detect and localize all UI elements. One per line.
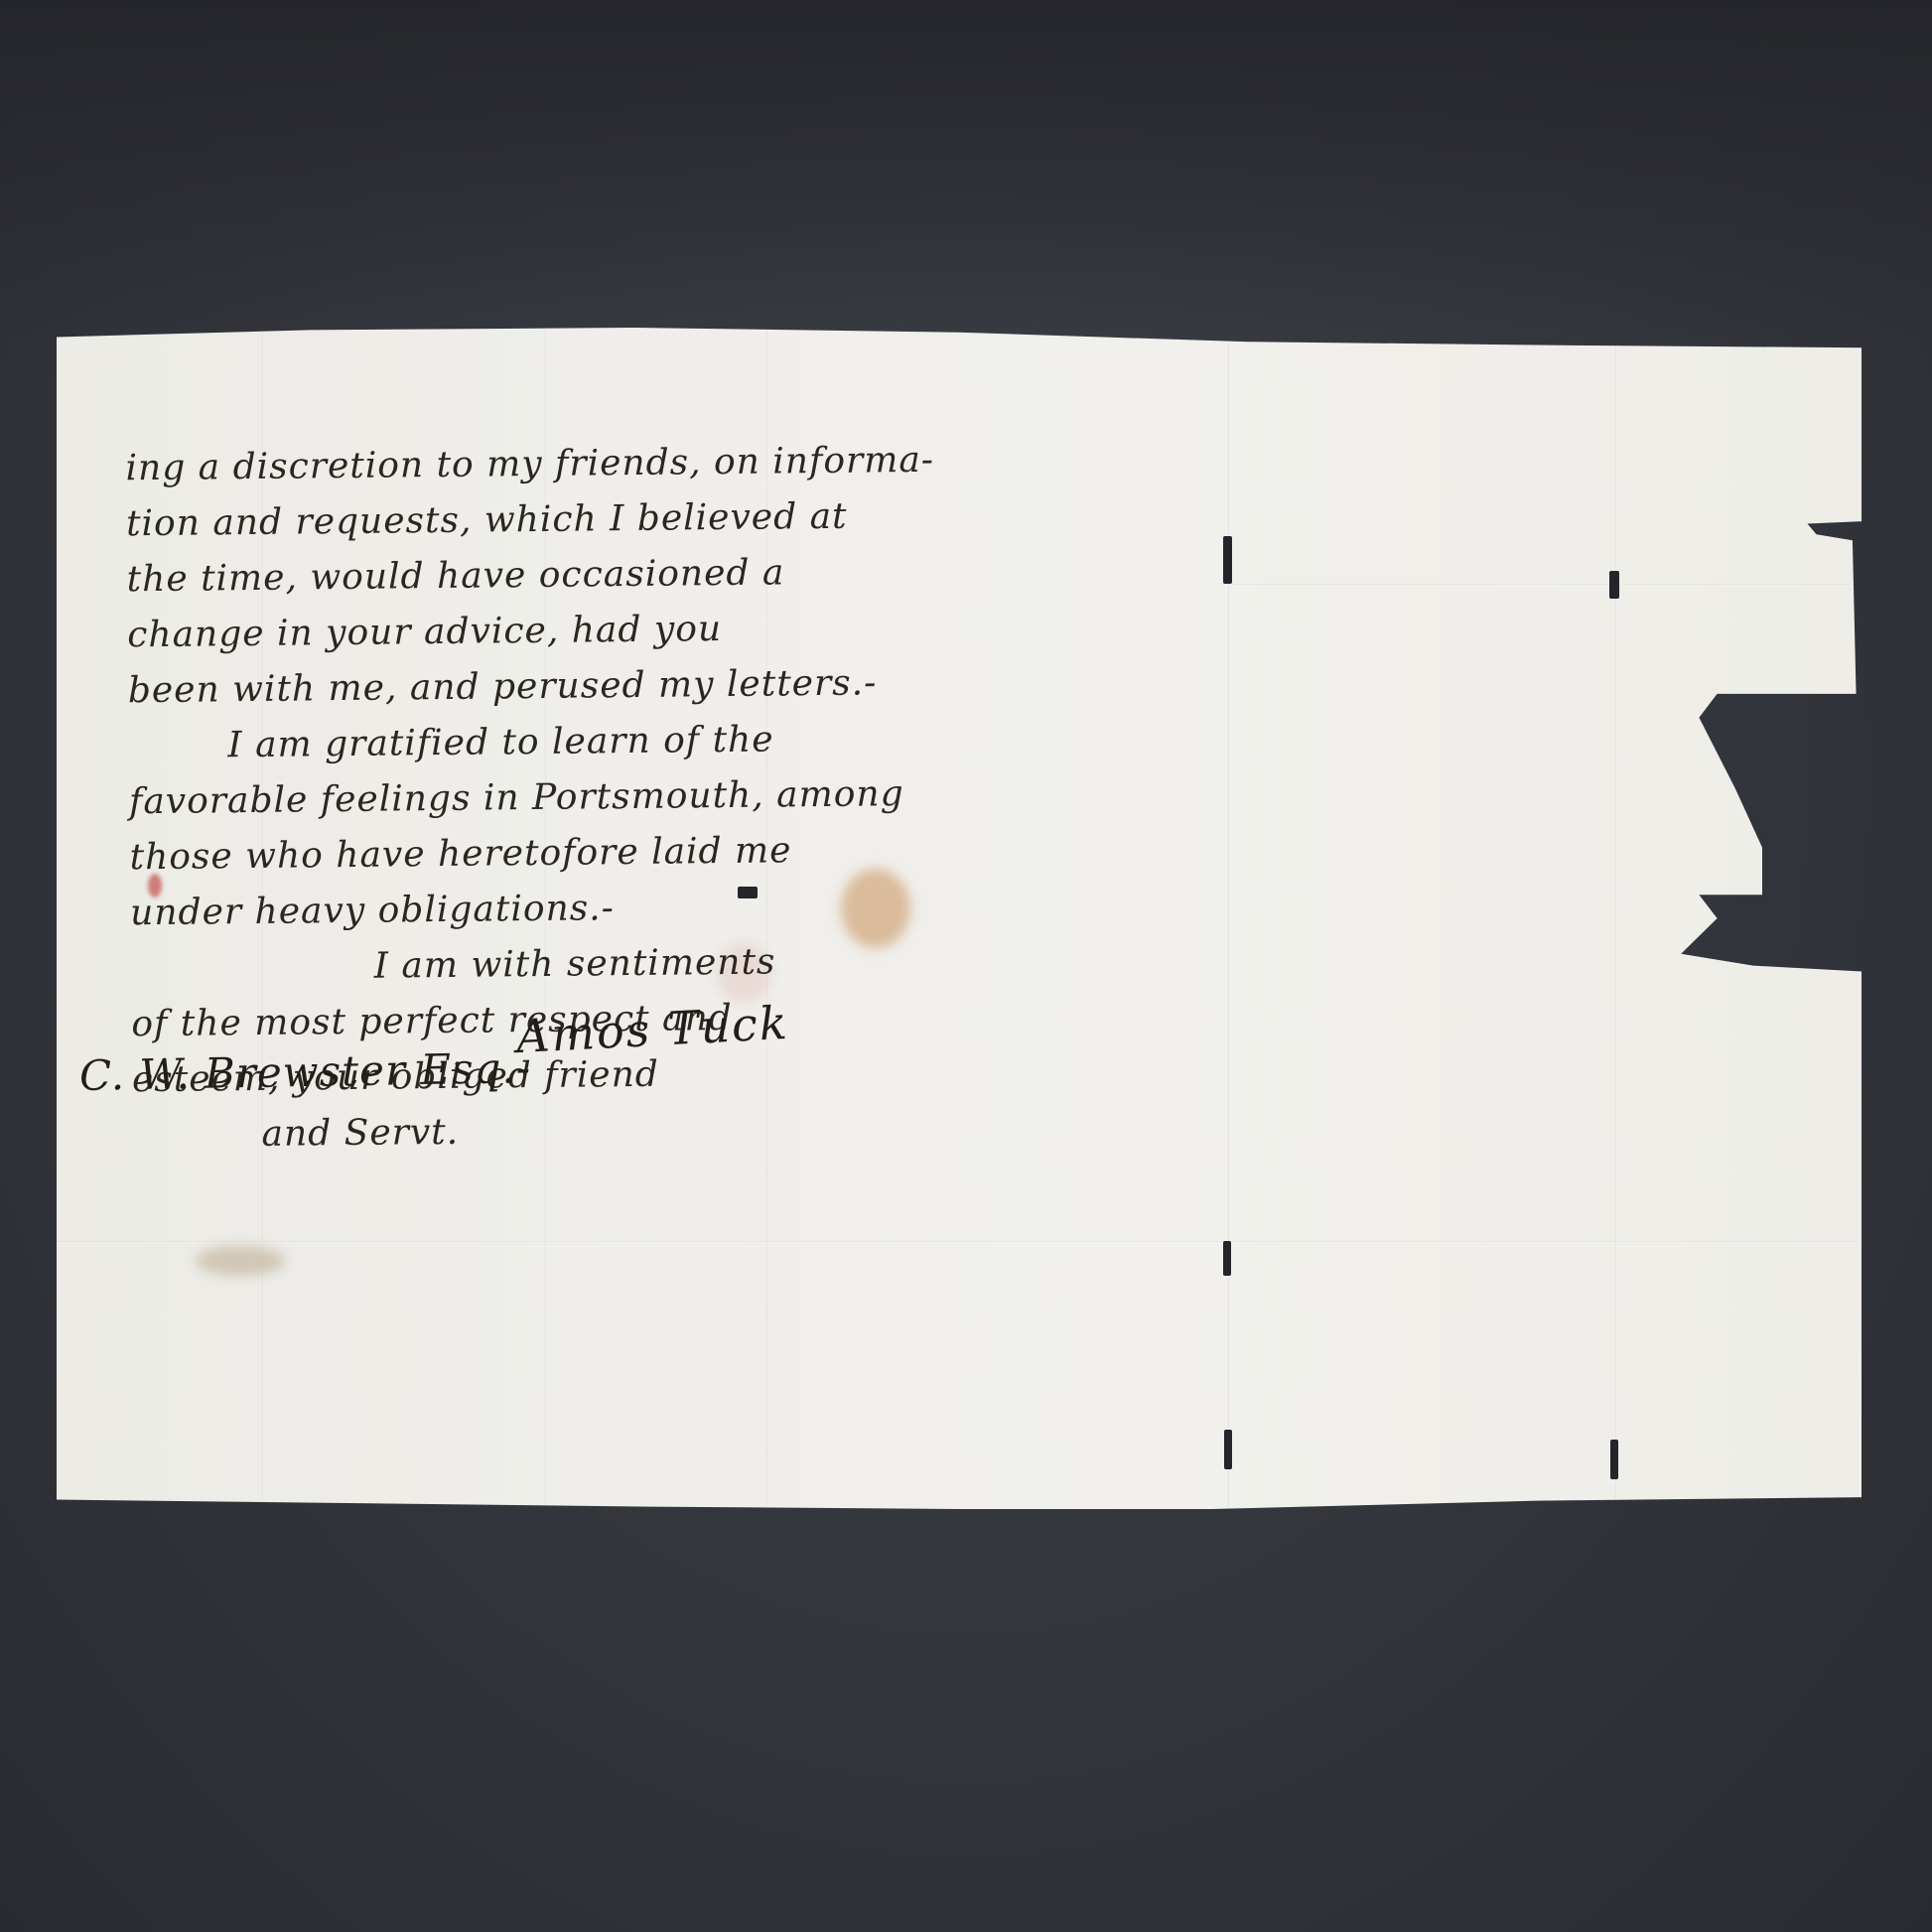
tear — [1610, 1440, 1618, 1479]
addressee: C. W. Brewster Esq.- — [79, 1043, 532, 1100]
fold-crease — [1615, 328, 1617, 1509]
letter-line: and Servt. — [132, 1100, 947, 1165]
letter-line: the time, would have occasioned a — [126, 544, 941, 609]
fold-stain — [196, 1246, 285, 1276]
letter-line: those who have heretofore laid me — [129, 822, 944, 887]
letter-line: been with me, and perused my letters.- — [128, 655, 943, 720]
letter-line: favorable feelings in Portsmouth, among — [129, 766, 944, 831]
letter-line: ing a discretion to my friends, on infor… — [125, 433, 940, 497]
letter-line: under heavy obligations.- — [130, 878, 945, 942]
letter-line: change in your advice, had you — [127, 600, 942, 664]
letter-line: I am gratified to learn of the — [128, 711, 943, 775]
tear — [1224, 1430, 1232, 1469]
fold-crease — [57, 1241, 1862, 1243]
letter-line: tion and requests, which I believed at — [126, 488, 941, 553]
tear — [1609, 571, 1619, 599]
fold-crease — [1228, 328, 1230, 1509]
fold-crease — [1228, 584, 1862, 586]
tear — [1223, 1241, 1231, 1276]
tear — [1223, 536, 1232, 584]
letter-line: I am with sentiments — [130, 933, 945, 998]
background-shadow — [0, 0, 1932, 338]
